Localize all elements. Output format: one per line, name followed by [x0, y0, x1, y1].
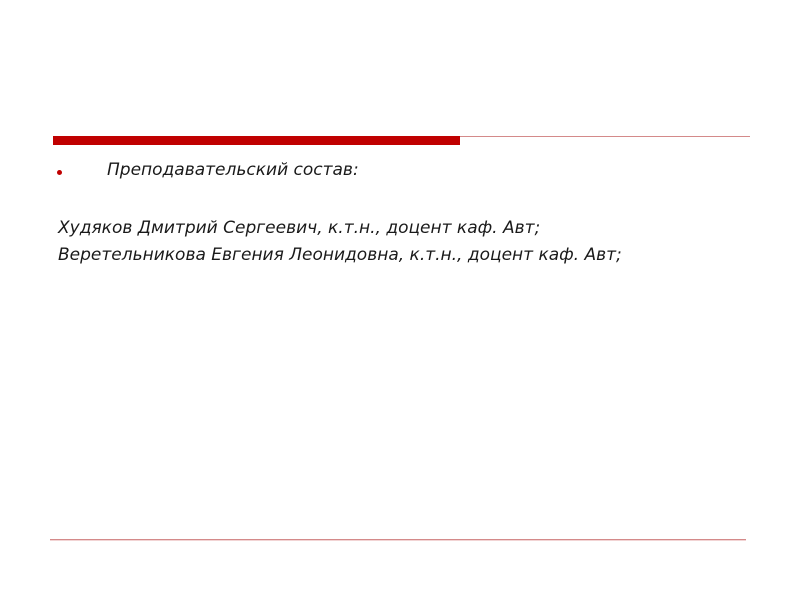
footer-divider-line	[50, 539, 746, 540]
title-accent-bar	[53, 136, 460, 145]
staff-member: Худяков Дмитрий Сергеевич, к.т.н., доцен…	[58, 218, 540, 238]
bullet-heading: Преподавательский состав:	[107, 160, 359, 180]
bullet-dot-icon	[57, 170, 62, 175]
staff-member: Веретельникова Евгения Леонидовна, к.т.н…	[58, 245, 622, 265]
title-divider-line	[460, 136, 750, 137]
